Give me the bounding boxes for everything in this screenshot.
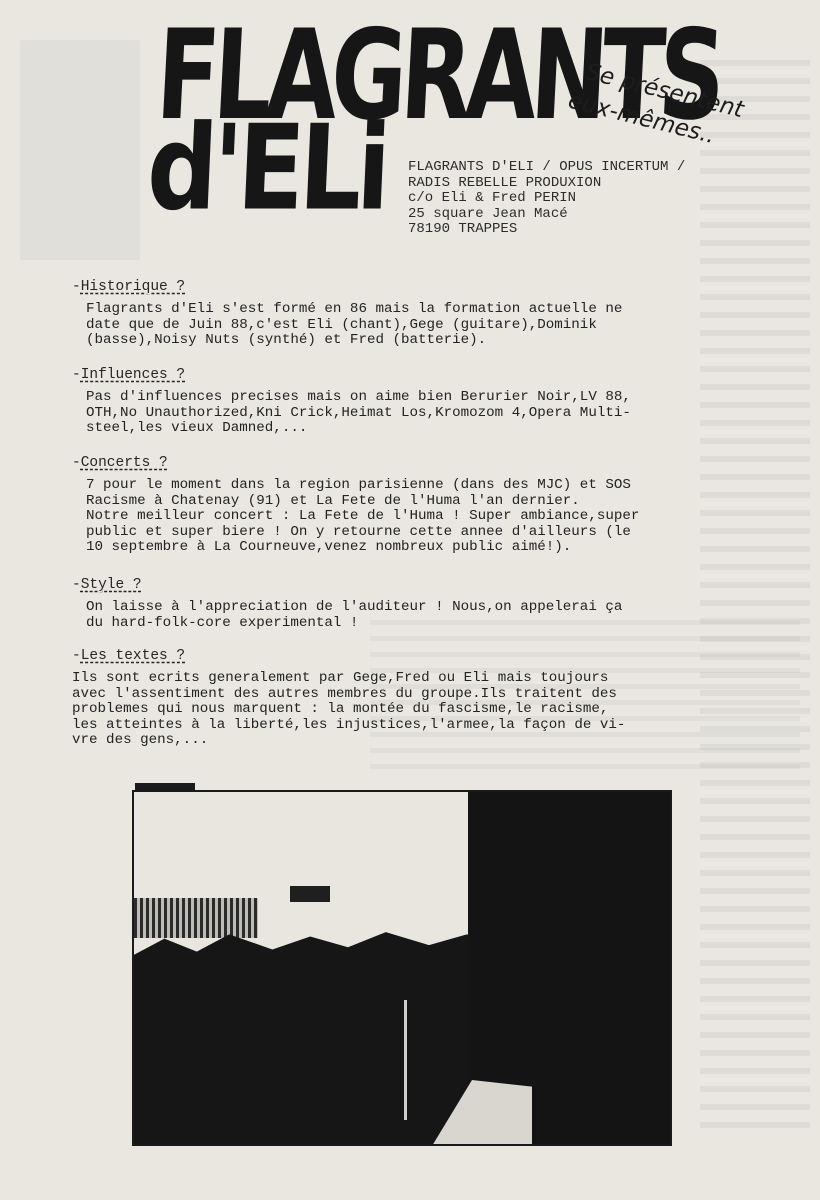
photo-frame — [132, 790, 672, 1146]
section-concerts: -Concerts ? 7 pour le moment dans la reg… — [72, 454, 802, 556]
section-body: Ils sont ecrits generalement par Gege,Fr… — [72, 671, 802, 749]
section-body: 7 pour le moment dans la region parisien… — [86, 478, 802, 556]
contact-address: FLAGRANTS D'ELI / OPUS INCERTUM / RADIS … — [408, 160, 685, 238]
show-through — [20, 40, 140, 260]
address-line: 25 square Jean Macé — [408, 206, 568, 222]
band-logo-line2: d'ELi — [145, 110, 388, 228]
section-body: On laisse à l'appreciation de l'auditeur… — [86, 600, 802, 631]
section-body: Flagrants d'Eli s'est formé en 86 mais l… — [86, 302, 802, 349]
section-heading: -Style ? — [72, 576, 802, 594]
section-heading: -Influences ? — [72, 366, 802, 384]
address-line: c/o Eli & Fred PERIN — [408, 190, 576, 206]
address-line: 78190 TRAPPES — [408, 221, 517, 237]
section-les-textes: -Les textes ? Ils sont ecrits generaleme… — [72, 647, 802, 749]
section-historique: -Historique ? Flagrants d'Eli s'est form… — [72, 278, 802, 349]
section-heading: -Historique ? — [72, 278, 802, 296]
section-style: -Style ? On laisse à l'appreciation de l… — [72, 576, 802, 631]
section-heading: -Concerts ? — [72, 454, 802, 472]
address-line: RADIS REBELLE PRODUXION — [408, 175, 601, 191]
section-heading: -Les textes ? — [72, 647, 802, 665]
address-line: FLAGRANTS D'ELI / OPUS INCERTUM / — [408, 159, 685, 175]
section-body: Pas d'influences precises mais on aime b… — [86, 390, 802, 437]
section-influences: -Influences ? Pas d'influences precises … — [72, 366, 802, 437]
